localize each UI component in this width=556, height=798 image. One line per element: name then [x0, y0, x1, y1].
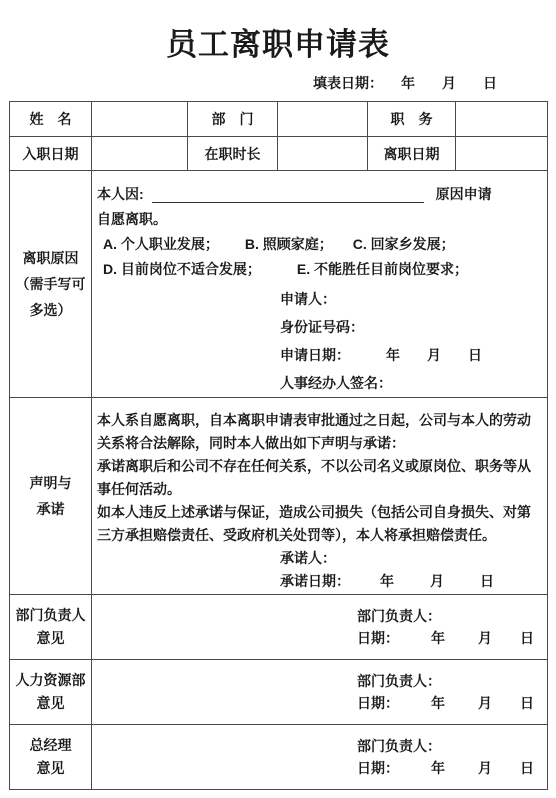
dept-manager-date-line: 日期：年月日	[357, 627, 547, 649]
day-label: 日	[520, 760, 534, 776]
department-label: 部 门	[188, 102, 278, 137]
gm-date-line: 日期：年月日	[357, 757, 547, 779]
hr-sign-label: 部门负责人：	[357, 670, 547, 692]
year-label: 年	[380, 573, 394, 589]
reason-options-row1: A. 个人职业发展；B. 照顾家庭；C. 回家乡发展；	[97, 232, 541, 257]
date-label: 日期：	[357, 760, 399, 776]
date-label: 日期：	[357, 630, 399, 646]
basic-info-row-1: 姓 名 部 门 职 务	[10, 102, 548, 137]
reason-fill-line	[152, 202, 424, 203]
dept-manager-opinion-row: 部门负责人 意见 部门负责人： 日期：年月日	[10, 595, 548, 660]
basic-info-row-2: 入职日期 在职时长 离职日期	[10, 137, 548, 171]
declaration-row: 声明与 承诺 本人系自愿离职，自本离职申请表审批通过之日起，公司与本人的劳动关系…	[10, 398, 548, 595]
gm-sign-label: 部门负责人：	[357, 735, 547, 757]
reason-signature-block: 申请人： 身份证号码： 申请日期：年月日 人事经办人签名：	[280, 285, 541, 397]
hr-opinion-label: 人力资源部 意见	[10, 660, 92, 725]
reason-option-c: C. 回家乡发展；	[353, 236, 455, 252]
reason-option-b: B. 照顾家庭；	[245, 236, 333, 252]
hire-date-label: 入职日期	[10, 137, 92, 171]
declaration-label-line2: 承诺	[10, 496, 91, 522]
reason-section-label: 离职原因 （需手写可 多选）	[10, 171, 92, 398]
department-value-cell	[278, 102, 368, 137]
page-title: 员工离职申请表	[0, 24, 556, 66]
gm-opinion-label-line1: 总经理	[10, 734, 91, 757]
year-label: 年	[431, 630, 445, 646]
dept-manager-opinion-label: 部门负责人 意见	[10, 595, 92, 660]
hr-opinion-label-line1: 人力资源部	[10, 669, 91, 692]
declaration-section-label: 声明与 承诺	[10, 398, 92, 595]
year-label: 年	[431, 760, 445, 776]
hr-handler-sign-label: 人事经办人签名：	[280, 369, 541, 397]
month-label: 月	[478, 630, 492, 646]
leave-date-label: 离职日期	[368, 137, 456, 171]
month-label: 月	[442, 75, 456, 91]
day-label: 日	[468, 347, 482, 363]
hr-opinion-cell: 部门负责人： 日期：年月日	[92, 660, 548, 725]
applicant-label: 申请人：	[280, 285, 541, 313]
declaration-signature-block: 承诺人： 承诺日期：年月日	[280, 547, 541, 593]
resignation-form-table: 姓 名 部 门 职 务 入职日期 在职时长 离职日期 离职原因 （需手写可 多选…	[9, 101, 548, 790]
declaration-paragraph-1: 本人系自愿离职，自本离职申请表审批通过之日起，公司与本人的劳动关系将合法解除，同…	[97, 409, 541, 455]
name-label: 姓 名	[10, 102, 92, 137]
dept-manager-opinion-label-line2: 意见	[10, 627, 91, 650]
declaration-content-cell: 本人系自愿离职，自本离职申请表审批通过之日起，公司与本人的劳动关系将合法解除，同…	[92, 398, 548, 595]
hr-opinion-label-line2: 意见	[10, 692, 91, 715]
day-label: 日	[520, 695, 534, 711]
reason-options-row2: D. 目前岗位不适合发展；E. 不能胜任目前岗位要求；	[97, 257, 541, 282]
month-label: 月	[430, 573, 444, 589]
dept-manager-signature-block: 部门负责人： 日期：年月日	[357, 605, 547, 649]
tenure-value-cell	[278, 137, 368, 171]
promiser-label: 承诺人：	[280, 547, 541, 570]
dept-manager-opinion-label-line1: 部门负责人	[10, 604, 91, 627]
tenure-label: 在职时长	[188, 137, 278, 171]
gm-opinion-label: 总经理 意见	[10, 725, 92, 790]
fill-date-label: 填表日期：	[313, 75, 383, 91]
fill-date-line: 填表日期：年月日	[0, 75, 556, 91]
name-value-cell	[92, 102, 188, 137]
gm-opinion-row: 总经理 意见 部门负责人： 日期：年月日	[10, 725, 548, 790]
hire-date-value-cell	[92, 137, 188, 171]
day-label: 日	[480, 573, 494, 589]
promise-date-line: 承诺日期：年月日	[280, 570, 541, 593]
year-label: 年	[401, 75, 415, 91]
dept-manager-opinion-cell: 部门负责人： 日期：年月日	[92, 595, 548, 660]
hr-opinion-row: 人力资源部 意见 部门负责人： 日期：年月日	[10, 660, 548, 725]
hr-signature-block: 部门负责人： 日期：年月日	[357, 670, 547, 714]
declaration-paragraph-2: 承诺离职后和公司不存在任何关系，不以公司名义或原岗位、职务等从事任何活动。	[97, 455, 541, 501]
gm-opinion-cell: 部门负责人： 日期：年月日	[92, 725, 548, 790]
declaration-label-line1: 声明与	[10, 470, 91, 496]
dept-manager-sign-label: 部门负责人：	[357, 605, 547, 627]
month-label: 月	[427, 347, 441, 363]
reason-label-line2: （需手写可	[10, 271, 91, 297]
reason-option-e: E. 不能胜任目前岗位要求；	[297, 261, 468, 277]
day-label: 日	[520, 630, 534, 646]
reason-intro-suffix: 原因申请	[436, 182, 492, 207]
reason-intro-line2: 自愿离职。	[97, 207, 541, 232]
resignation-form-page: 员工离职申请表 填表日期：年月日 姓 名 部 门 职 务 入职日期 在职时长 离…	[0, 0, 556, 798]
year-label: 年	[431, 695, 445, 711]
month-label: 月	[478, 695, 492, 711]
reason-intro-prefix: 本人因:	[97, 182, 144, 207]
hr-date-line: 日期：年月日	[357, 692, 547, 714]
date-label: 日期：	[357, 695, 399, 711]
application-date-line: 申请日期：年月日	[280, 341, 541, 369]
gm-signature-block: 部门负责人： 日期：年月日	[357, 735, 547, 779]
resignation-reason-row: 离职原因 （需手写可 多选） 本人因: 原因申请 自愿离职。 A. 个人职业发展…	[10, 171, 548, 398]
reason-option-a: A. 个人职业发展；	[103, 236, 219, 252]
reason-label-line3: 多选）	[10, 297, 91, 323]
month-label: 月	[478, 760, 492, 776]
year-label: 年	[386, 347, 400, 363]
application-date-label: 申请日期：	[280, 347, 350, 363]
gm-opinion-label-line2: 意见	[10, 757, 91, 780]
position-value-cell	[456, 102, 548, 137]
day-label: 日	[483, 75, 497, 91]
reason-intro-line: 本人因: 原因申请	[97, 182, 541, 207]
reason-option-d: D. 目前岗位不适合发展；	[103, 261, 261, 277]
reason-content-cell: 本人因: 原因申请 自愿离职。 A. 个人职业发展；B. 照顾家庭；C. 回家乡…	[92, 171, 548, 398]
promise-date-label: 承诺日期：	[280, 573, 350, 589]
reason-label-line1: 离职原因	[10, 245, 91, 271]
position-label: 职 务	[368, 102, 456, 137]
id-number-label: 身份证号码：	[280, 313, 541, 341]
leave-date-value-cell	[456, 137, 548, 171]
declaration-paragraph-3: 如本人违反上述承诺与保证，造成公司损失（包括公司自身损失、对第三方承担赔偿责任、…	[97, 501, 541, 547]
